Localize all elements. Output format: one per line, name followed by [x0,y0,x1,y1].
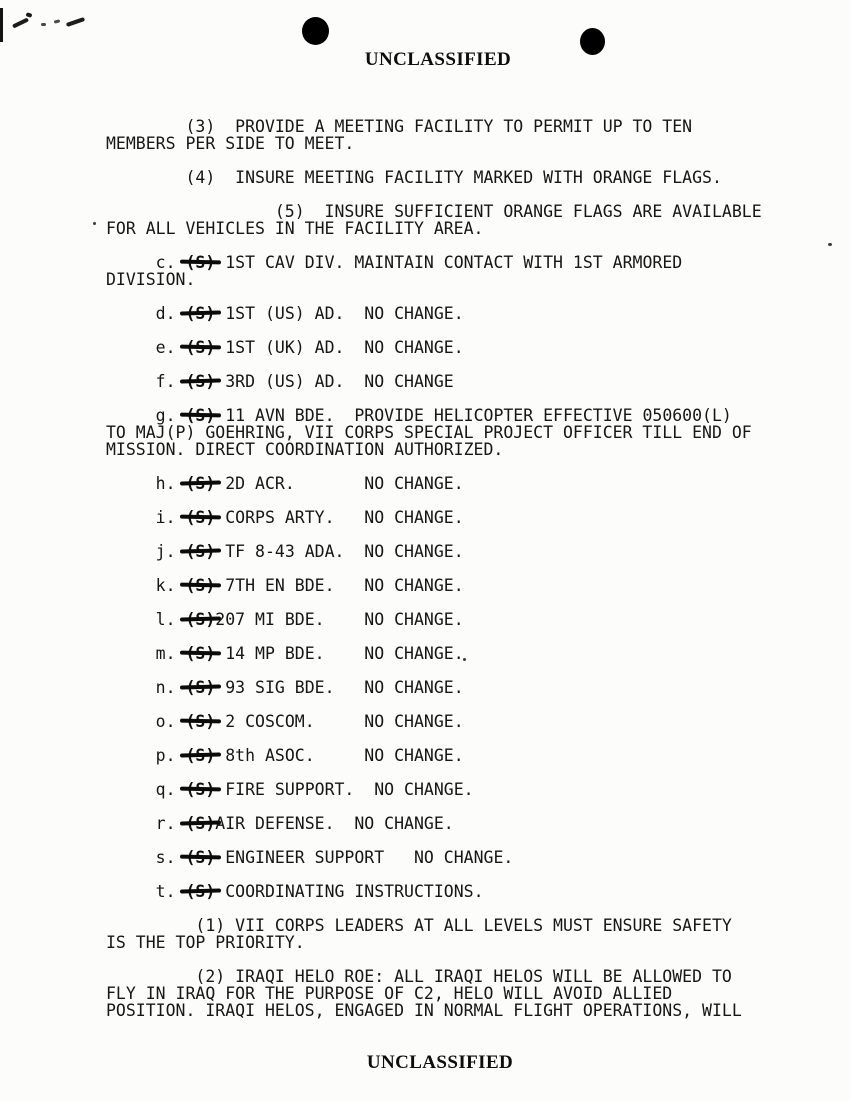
paragraph-text: (1) VII CORPS LEADERS AT ALL LEVELS MUST… [106,916,732,952]
struck-classification-marker: (S) [185,780,215,799]
struck-classification-marker: (S) [185,372,215,391]
paragraph: (1) VII CORPS LEADERS AT ALL LEVELS MUST… [106,917,762,951]
struck-classification-marker: (S) [185,406,215,425]
item-label: k. [106,576,185,595]
item-label: i. [106,508,185,527]
paragraph: (4) INSURE MEETING FACILITY MARKED WITH … [106,169,762,186]
paragraph: (5) INSURE SUFFICIENT ORANGE FLAGS ARE A… [106,203,762,237]
pen-scribble-stroke [12,17,29,28]
item-label: f. [106,372,185,391]
list-item: l. (S)207 MI BDE. NO CHANGE. [106,611,762,628]
item-text: 8th ASOC. NO CHANGE. [215,746,463,765]
item-label: o. [106,712,185,731]
item-label: l. [106,610,185,629]
item-label: e. [106,338,185,357]
classification-banner-top: UNCLASSIFIED [365,49,511,70]
item-text: 1ST (US) AD. NO CHANGE. [215,304,463,323]
struck-classification-marker: (S) [185,542,215,561]
item-label: h. [106,474,185,493]
struck-classification-marker: (S) [185,304,215,323]
list-item: g. (S) 11 AVN BDE. PROVIDE HELICOPTER EF… [106,407,762,458]
struck-classification-marker: (S) [185,678,215,697]
item-text: 14 MP BDE. NO CHANGE. [215,644,463,663]
item-text: CORPS ARTY. NO CHANGE. [215,508,463,527]
item-label: j. [106,542,185,561]
document-page: UNCLASSIFIED (3) PROVIDE A MEETING FACIL… [0,0,850,1101]
item-text: 207 MI BDE. NO CHANGE. [215,610,463,629]
struck-classification-marker: (S) [185,644,215,663]
item-label: d. [106,304,185,323]
paragraph-text: (5) INSURE SUFFICIENT ORANGE FLAGS ARE A… [106,202,762,238]
list-item: p. (S) 8th ASOC. NO CHANGE. [106,747,762,764]
paragraph-text: (4) INSURE MEETING FACILITY MARKED WITH … [106,168,722,187]
struck-classification-marker: (S) [185,338,215,357]
item-text: ENGINEER SUPPORT NO CHANGE. [215,848,513,867]
list-item: t. (S) COORDINATING INSTRUCTIONS. [106,883,762,900]
scan-speck [93,222,96,225]
item-label: q. [106,780,185,799]
list-item: c. (S) 1ST CAV DIV. MAINTAIN CONTACT WIT… [106,254,762,288]
list-item: r. (S)AIR DEFENSE. NO CHANGE. [106,815,762,832]
scan-speck [828,243,832,246]
item-text: 2 COSCOM. NO CHANGE. [215,712,463,731]
hole-punch-dot [302,17,329,45]
list-item: q. (S) FIRE SUPPORT. NO CHANGE. [106,781,762,798]
item-label: p. [106,746,185,765]
struck-classification-marker: (S) [185,848,215,867]
struck-classification-marker: (S) [185,474,215,493]
list-item: h. (S) 2D ACR. NO CHANGE. [106,475,762,492]
list-item: s. (S) ENGINEER SUPPORT NO CHANGE. [106,849,762,866]
page-header: UNCLASSIFIED [0,49,850,71]
item-text: 2D ACR. NO CHANGE. [215,474,463,493]
list-item: o. (S) 2 COSCOM. NO CHANGE. [106,713,762,730]
paragraph-text: (2) IRAQI HELO ROE: ALL IRAQI HELOS WILL… [106,967,742,1020]
paragraph-text: (3) PROVIDE A MEETING FACILITY TO PERMIT… [106,117,692,153]
list-item: j. (S) TF 8-43 ADA. NO CHANGE. [106,543,762,560]
item-label: n. [106,678,185,697]
struck-classification-marker: (S) [185,253,215,272]
item-label: t. [106,882,185,901]
item-label: r. [106,814,185,833]
item-text: 1ST (UK) AD. NO CHANGE. [215,338,463,357]
item-text: AIR DEFENSE. NO CHANGE. [215,814,453,833]
classification-banner-bottom: UNCLASSIFIED [367,1052,513,1073]
pen-scribble-stroke [54,19,61,23]
item-label: m. [106,644,185,663]
document-body: (3) PROVIDE A MEETING FACILITY TO PERMIT… [106,118,762,1036]
scan-speck [463,658,466,661]
list-item: i. (S) CORPS ARTY. NO CHANGE. [106,509,762,526]
pen-scribble-stroke [41,23,46,26]
list-item: k. (S) 7TH EN BDE. NO CHANGE. [106,577,762,594]
struck-classification-marker: (S) [185,746,215,765]
struck-classification-marker: (S) [185,882,215,901]
scan-edge-artifact [0,8,3,42]
list-item: f. (S) 3RD (US) AD. NO CHANGE [106,373,762,390]
item-text: COORDINATING INSTRUCTIONS. [215,882,483,901]
list-item: n. (S) 93 SIG BDE. NO CHANGE. [106,679,762,696]
struck-classification-marker: (S) [185,712,215,731]
paragraph: (2) IRAQI HELO ROE: ALL IRAQI HELOS WILL… [106,968,762,1019]
item-text: 93 SIG BDE. NO CHANGE. [215,678,463,697]
list-item: m. (S) 14 MP BDE. NO CHANGE. [106,645,762,662]
item-text: TF 8-43 ADA. NO CHANGE. [215,542,463,561]
struck-classification-marker: (S) [185,508,215,527]
item-text: FIRE SUPPORT. NO CHANGE. [215,780,473,799]
pen-scribble-stroke [66,17,85,27]
list-item: d. (S) 1ST (US) AD. NO CHANGE. [106,305,762,322]
item-text: 7TH EN BDE. NO CHANGE. [215,576,463,595]
struck-classification-marker: (S) [185,610,215,629]
page-footer: UNCLASSIFIED [0,1052,850,1074]
struck-classification-marker: (S) [185,576,215,595]
list-item: e. (S) 1ST (UK) AD. NO CHANGE. [106,339,762,356]
struck-classification-marker: (S) [185,814,215,833]
item-label: s. [106,848,185,867]
paragraph: (3) PROVIDE A MEETING FACILITY TO PERMIT… [106,118,762,152]
item-text: 3RD (US) AD. NO CHANGE [215,372,453,391]
